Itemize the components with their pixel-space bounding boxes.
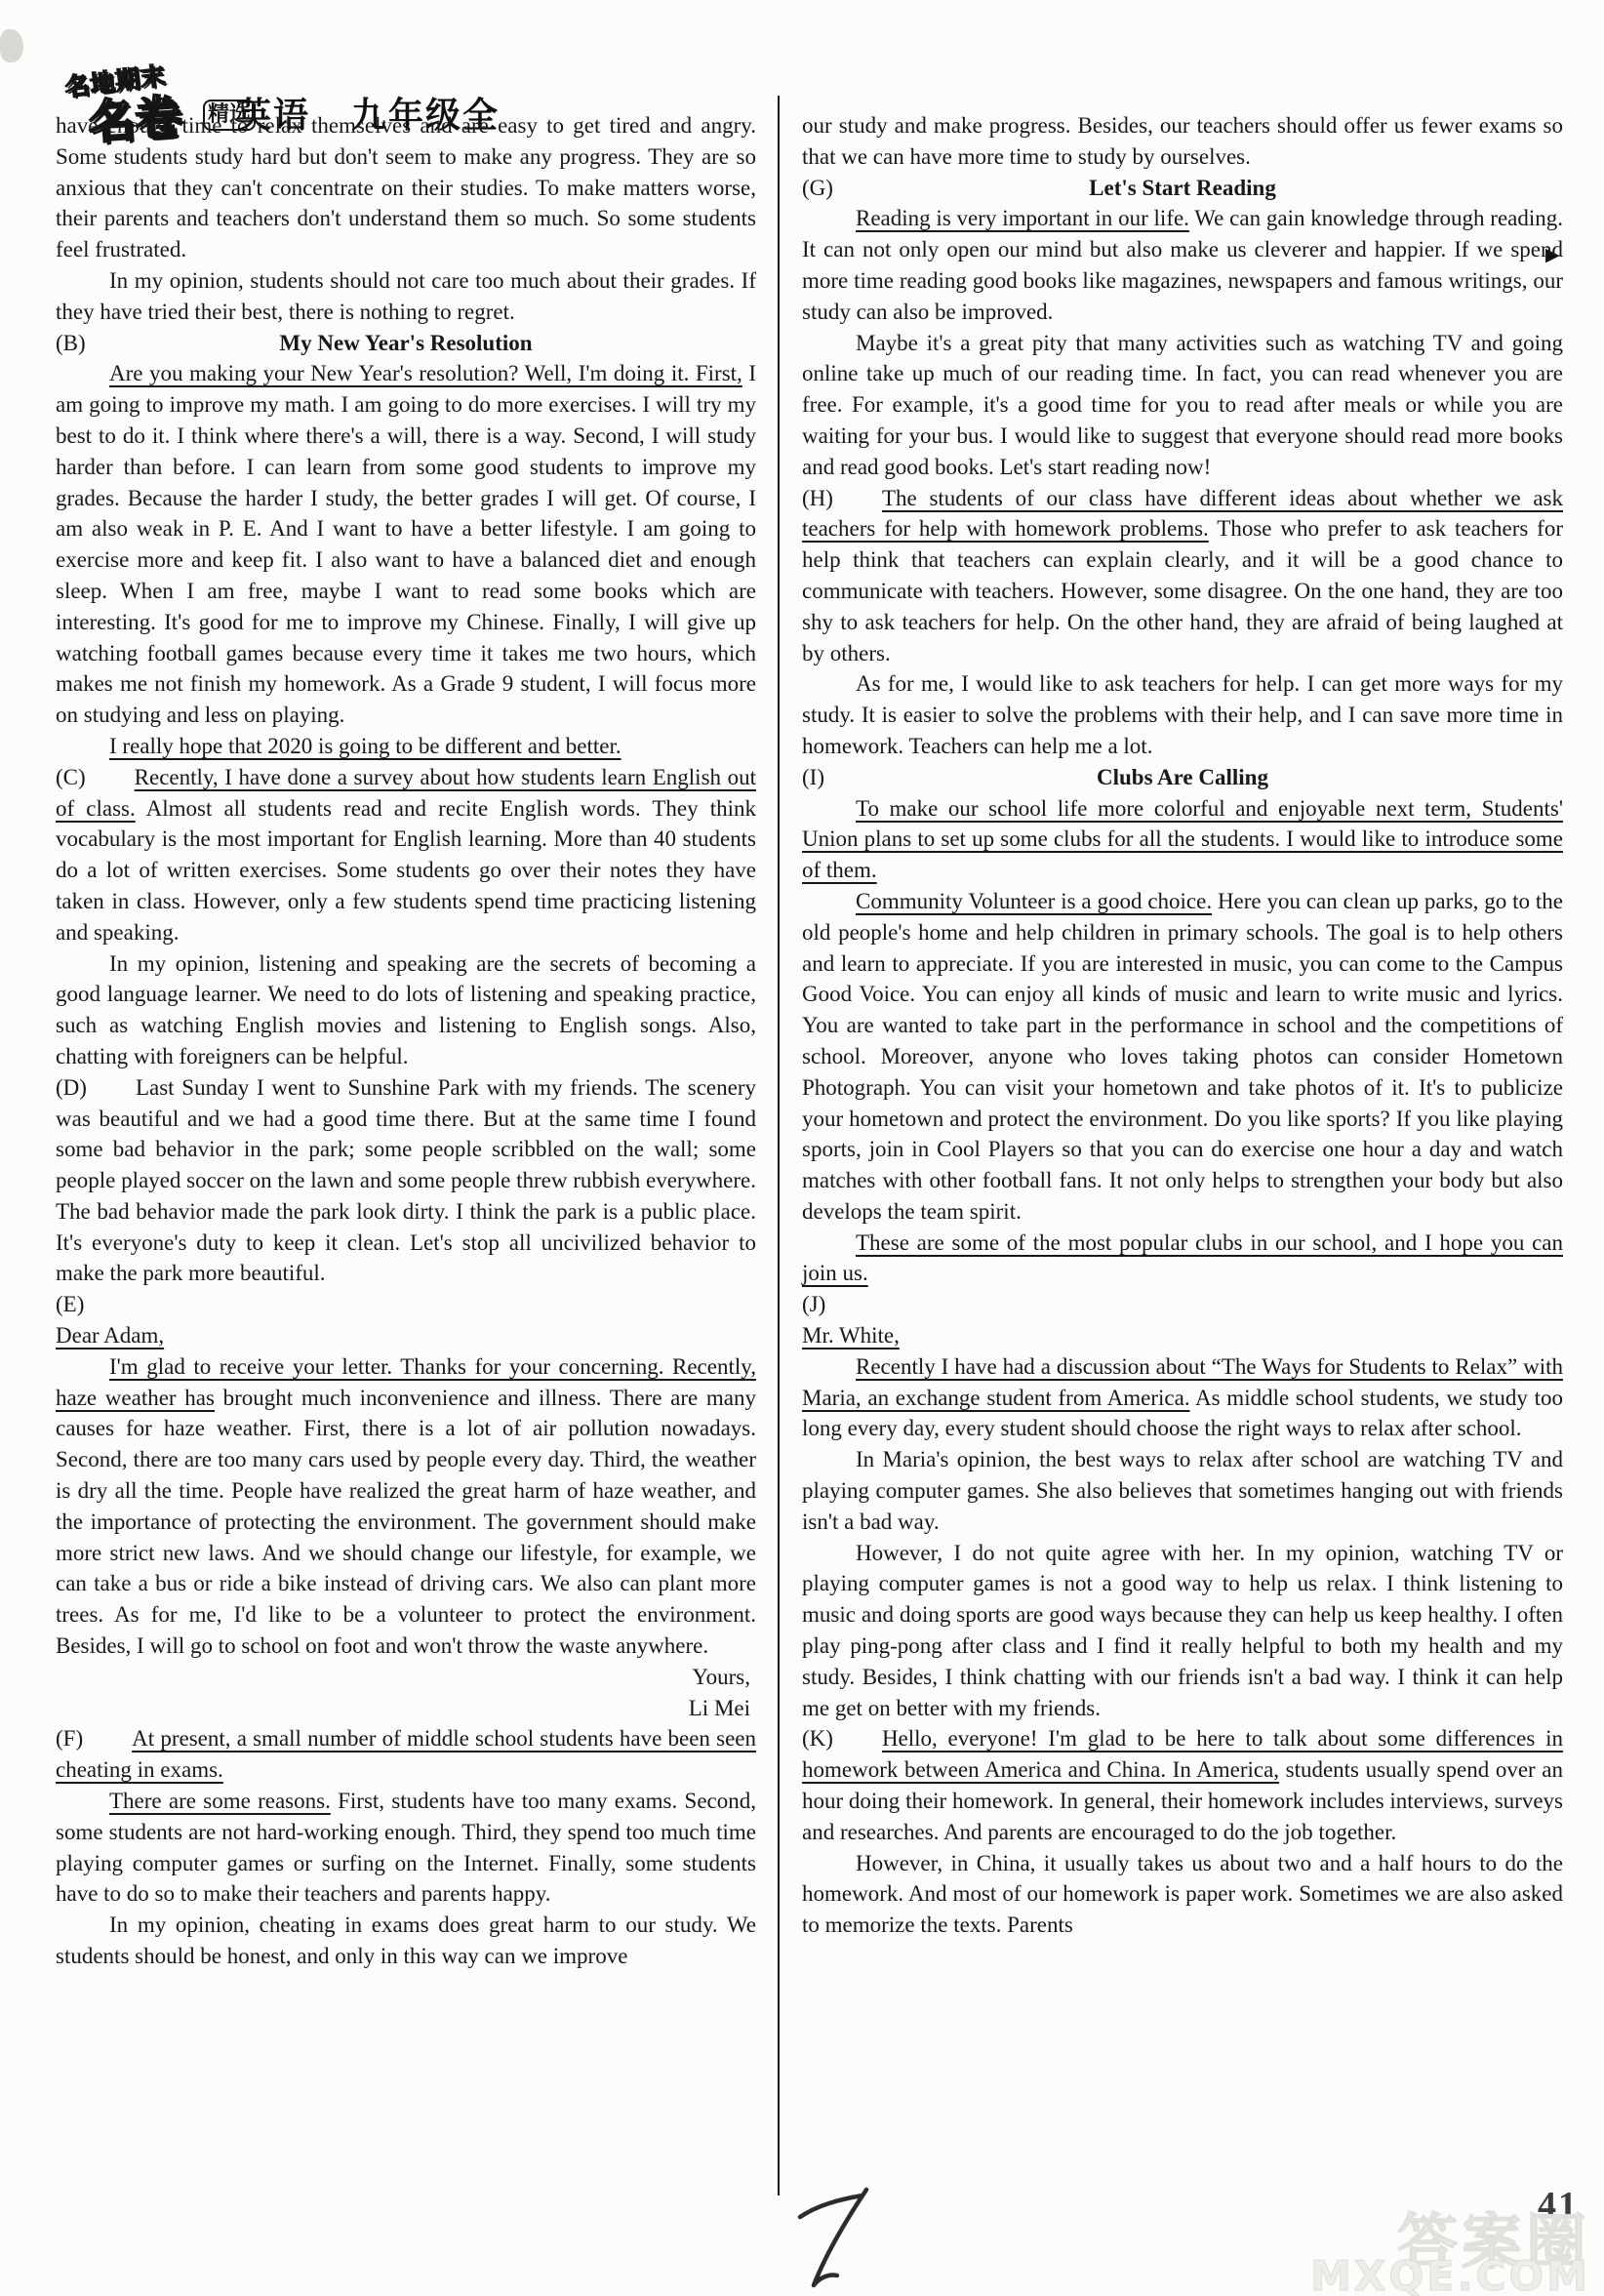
underlined-text: Dear Adam, xyxy=(56,1323,164,1348)
text-run: (E) xyxy=(56,1292,84,1316)
paragraph: Maybe it's a great pity that many activi… xyxy=(802,328,1563,483)
paragraph: I'm glad to receive your letter. Thanks … xyxy=(56,1351,756,1662)
paragraph: In my opinion, students should not care … xyxy=(56,265,756,328)
column-left: have enough time to relax themselves and… xyxy=(56,110,756,1972)
section-label: (G) xyxy=(802,173,833,204)
text-run: I am going to improve my math. I am goin… xyxy=(56,361,756,727)
paragraph: I really hope that 2020 is going to be d… xyxy=(56,731,756,762)
paragraph: (J) xyxy=(802,1289,1563,1320)
underlined-text: I really hope that 2020 is going to be d… xyxy=(109,734,622,758)
underlined-text: These are some of the most popular clubs… xyxy=(802,1230,1563,1286)
paragraph: These are some of the most popular clubs… xyxy=(802,1228,1563,1290)
paragraph: Are you making your New Year's resolutio… xyxy=(56,358,756,731)
text-run: In my opinion, students should not care … xyxy=(56,268,756,324)
column-right: our study and make progress. Besides, ou… xyxy=(802,110,1563,1941)
text-run: However, in China, it usually takes us a… xyxy=(802,1851,1563,1938)
handwritten-pen-mark xyxy=(790,2184,907,2296)
essay-title-line: (I)Clubs Are Calling xyxy=(802,762,1563,793)
watermark-url: MXQE.COM xyxy=(1310,2252,1590,2296)
underlined-text: Mr. White, xyxy=(802,1323,900,1348)
signature-line: Li Mei xyxy=(56,1693,756,1724)
scanned-book-page: 名地期末 名卷 精选 英语九年级全 ▶ have enough time to … xyxy=(0,0,1604,2296)
text-run: In my opinion, listening and speaking ar… xyxy=(56,951,756,1068)
text-run: our study and make progress. Besides, ou… xyxy=(802,113,1563,169)
paragraph: (H)The students of our class have differ… xyxy=(802,483,1563,669)
text-run: brought much inconvenience and illness. … xyxy=(56,1386,756,1658)
section-label: (C) xyxy=(56,765,86,789)
text-run: However, I do not quite agree with her. … xyxy=(802,1541,1563,1720)
underlined-text: To make our school life more colorful an… xyxy=(802,796,1563,883)
paragraph: (C)Recently, I have done a survey about … xyxy=(56,762,756,948)
paragraph: have enough time to relax themselves and… xyxy=(56,110,756,265)
signature-line: Yours, xyxy=(56,1662,756,1693)
paragraph: our study and make progress. Besides, ou… xyxy=(802,110,1563,173)
underlined-text: There are some reasons. xyxy=(109,1789,331,1813)
essay-title: Clubs Are Calling xyxy=(1097,765,1268,789)
text-run: Last Sunday I went to Sunshine Park with… xyxy=(56,1075,756,1286)
paragraph: Dear Adam, xyxy=(56,1320,756,1351)
paragraph: To make our school life more colorful an… xyxy=(802,793,1563,886)
text-run: As for me, I would like to ask teachers … xyxy=(802,671,1563,758)
text-run: In my opinion, cheating in exams does gr… xyxy=(56,1913,756,1968)
text-run: have enough time to relax themselves and… xyxy=(56,113,756,262)
text-run: Here you can clean up parks, go to the o… xyxy=(802,889,1563,1224)
paragraph: Community Volunteer is a good choice. He… xyxy=(802,886,1563,1228)
essay-title-line: (G)Let's Start Reading xyxy=(802,173,1563,204)
section-label: (F) xyxy=(56,1726,83,1751)
text-run: In Maria's opinion, the best ways to rel… xyxy=(802,1447,1563,1534)
paragraph: Recently I have had a discussion about “… xyxy=(802,1351,1563,1444)
text-run: Almost all students read and recite Engl… xyxy=(56,796,756,945)
text-run: Maybe it's a great pity that many activi… xyxy=(802,331,1563,479)
paragraph: In my opinion, listening and speaking ar… xyxy=(56,948,756,1072)
section-label: (B) xyxy=(56,328,86,359)
paragraph: In Maria's opinion, the best ways to rel… xyxy=(802,1444,1563,1537)
section-label: (H) xyxy=(802,486,833,510)
essay-title: Let's Start Reading xyxy=(1089,176,1276,200)
column-divider-rule xyxy=(778,96,780,2195)
underlined-text: At present, a small number of middle sch… xyxy=(56,1726,756,1782)
paragraph: However, in China, it usually takes us a… xyxy=(802,1848,1563,1941)
essay-title-line: (B)My New Year's Resolution xyxy=(56,328,756,359)
paragraph: As for me, I would like to ask teachers … xyxy=(802,668,1563,761)
section-label: (K) xyxy=(802,1726,833,1751)
paragraph: (E) xyxy=(56,1289,756,1320)
section-label: (I) xyxy=(802,762,824,793)
paragraph: Mr. White, xyxy=(802,1320,1563,1351)
underlined-text: Community Volunteer is a good choice. xyxy=(856,889,1212,913)
paragraph: In my opinion, cheating in exams does gr… xyxy=(56,1910,756,1972)
section-label: (D) xyxy=(56,1075,87,1100)
underlined-text: Are you making your New Year's resolutio… xyxy=(109,361,742,385)
paragraph: (D)Last Sunday I went to Sunshine Park w… xyxy=(56,1072,756,1290)
underlined-text: Reading is very important in our life. xyxy=(856,206,1189,230)
text-run: (J) xyxy=(802,1292,825,1316)
paragraph: Reading is very important in our life. W… xyxy=(802,203,1563,327)
essay-title: My New Year's Resolution xyxy=(279,331,532,355)
paragraph: There are some reasons. First, students … xyxy=(56,1786,756,1910)
paragraph: However, I do not quite agree with her. … xyxy=(802,1538,1563,1724)
paragraph: (K)Hello, everyone! I'm glad to be here … xyxy=(802,1723,1563,1847)
paragraph: (F)At present, a small number of middle … xyxy=(56,1723,756,1786)
